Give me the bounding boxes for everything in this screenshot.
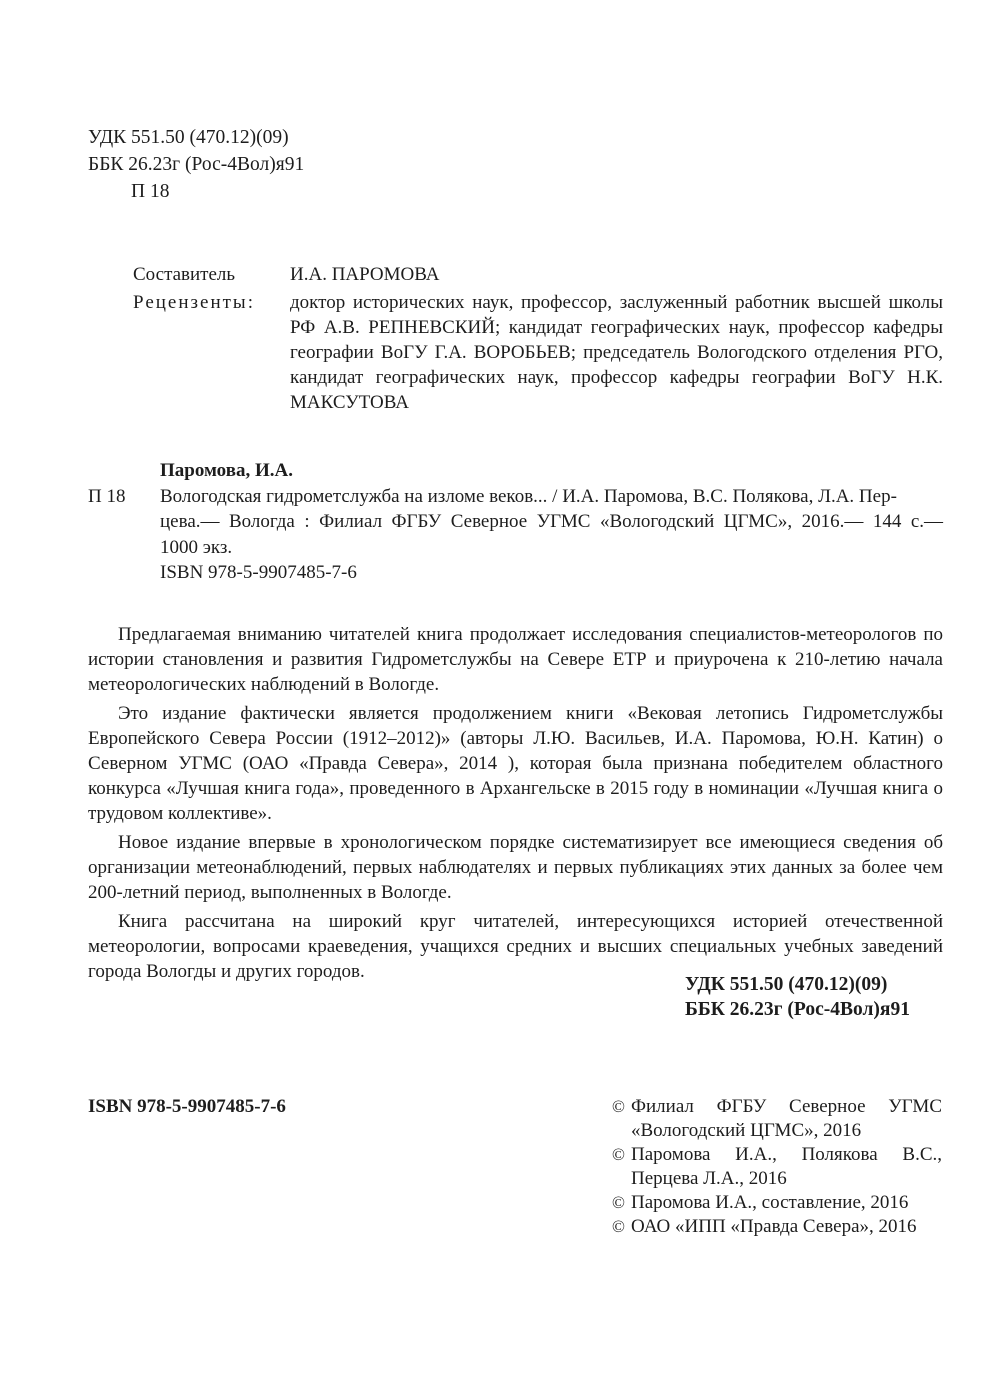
credits-block: Составитель И.А. ПАРОМОВА Рецензенты: до…: [133, 262, 943, 415]
reviewers-label: Рецензенты:: [133, 290, 290, 415]
biblio-code: П 18: [88, 484, 160, 510]
udk-code: УДК 551.50 (470.12)(09): [88, 124, 304, 151]
bbk-code: ББК 26.23г (Рос-4Вол)я91: [88, 151, 304, 178]
copyright-icon: ©: [612, 1191, 631, 1215]
classification-bottom: УДК 551.50 (470.12)(09) ББК 26.23г (Рос-…: [685, 972, 910, 1022]
biblio-line-2: цева.— Вологда : Филиал ФГБУ Северное УГ…: [88, 509, 943, 535]
copyright-item: © ОАО «ИПП «Правда Севера», 2016: [612, 1215, 942, 1239]
biblio-line-1: Вологодская гидрометслужба на изломе век…: [160, 486, 897, 507]
copyright-text: Паромова И.А., составление, 2016: [631, 1191, 942, 1215]
compiler-value: И.А. ПАРОМОВА: [290, 262, 943, 287]
copyright-item: © Паромова И.А., Полякова В.С., Перцева …: [612, 1143, 942, 1191]
copyright-icon: ©: [612, 1095, 631, 1143]
biblio-isbn: ISBN 978-5-9907485-7-6: [88, 560, 943, 586]
author-mark: П 18: [88, 178, 304, 205]
copyright-text: Филиал ФГБУ Северное УГМС «Вологодский Ц…: [631, 1095, 942, 1143]
copyright-item: © Филиал ФГБУ Северное УГМС «Вологодский…: [612, 1095, 942, 1143]
copyright-text: Паромова И.А., Полякова В.С., Перцева Л.…: [631, 1143, 942, 1191]
udk-code-bold: УДК 551.50 (470.12)(09): [685, 972, 910, 997]
bbk-code-bold: ББК 26.23г (Рос-4Вол)я91: [685, 997, 910, 1022]
annotation-paragraph: Это издание фактически является продолже…: [88, 701, 943, 826]
biblio-author: Паромова, И.А.: [88, 458, 943, 484]
reviewers-value: доктор исторических наук, профессор, зас…: [290, 290, 943, 415]
annotation: Предлагаемая вниманию читателей книга пр…: [88, 622, 943, 988]
annotation-paragraph: Новое издание впервые в хронологическом …: [88, 830, 943, 905]
biblio-line-3: 1000 экз.: [88, 535, 943, 561]
annotation-paragraph: Предлагаемая вниманию читателей книга пр…: [88, 622, 943, 697]
compiler-label: Составитель: [133, 262, 290, 287]
classification-top: УДК 551.50 (470.12)(09) ББК 26.23г (Рос-…: [88, 124, 304, 205]
copyright-icon: ©: [612, 1143, 631, 1191]
bibliographic-record: Паромова, И.А. П 18Вологодская гидрометс…: [88, 458, 943, 586]
copyright-icon: ©: [612, 1215, 631, 1239]
isbn-bottom: ISBN 978-5-9907485-7-6: [88, 1095, 286, 1118]
biblio-title-line: П 18Вологодская гидрометслужба на изломе…: [88, 484, 943, 510]
copyright-text: ОАО «ИПП «Правда Севера», 2016: [631, 1215, 942, 1239]
compiler-row: Составитель И.А. ПАРОМОВА: [133, 262, 943, 287]
copyright-item: © Паромова И.А., составление, 2016: [612, 1191, 942, 1215]
reviewers-row: Рецензенты: доктор исторических наук, пр…: [133, 290, 943, 415]
copyright-block: © Филиал ФГБУ Северное УГМС «Вологодский…: [612, 1095, 942, 1239]
